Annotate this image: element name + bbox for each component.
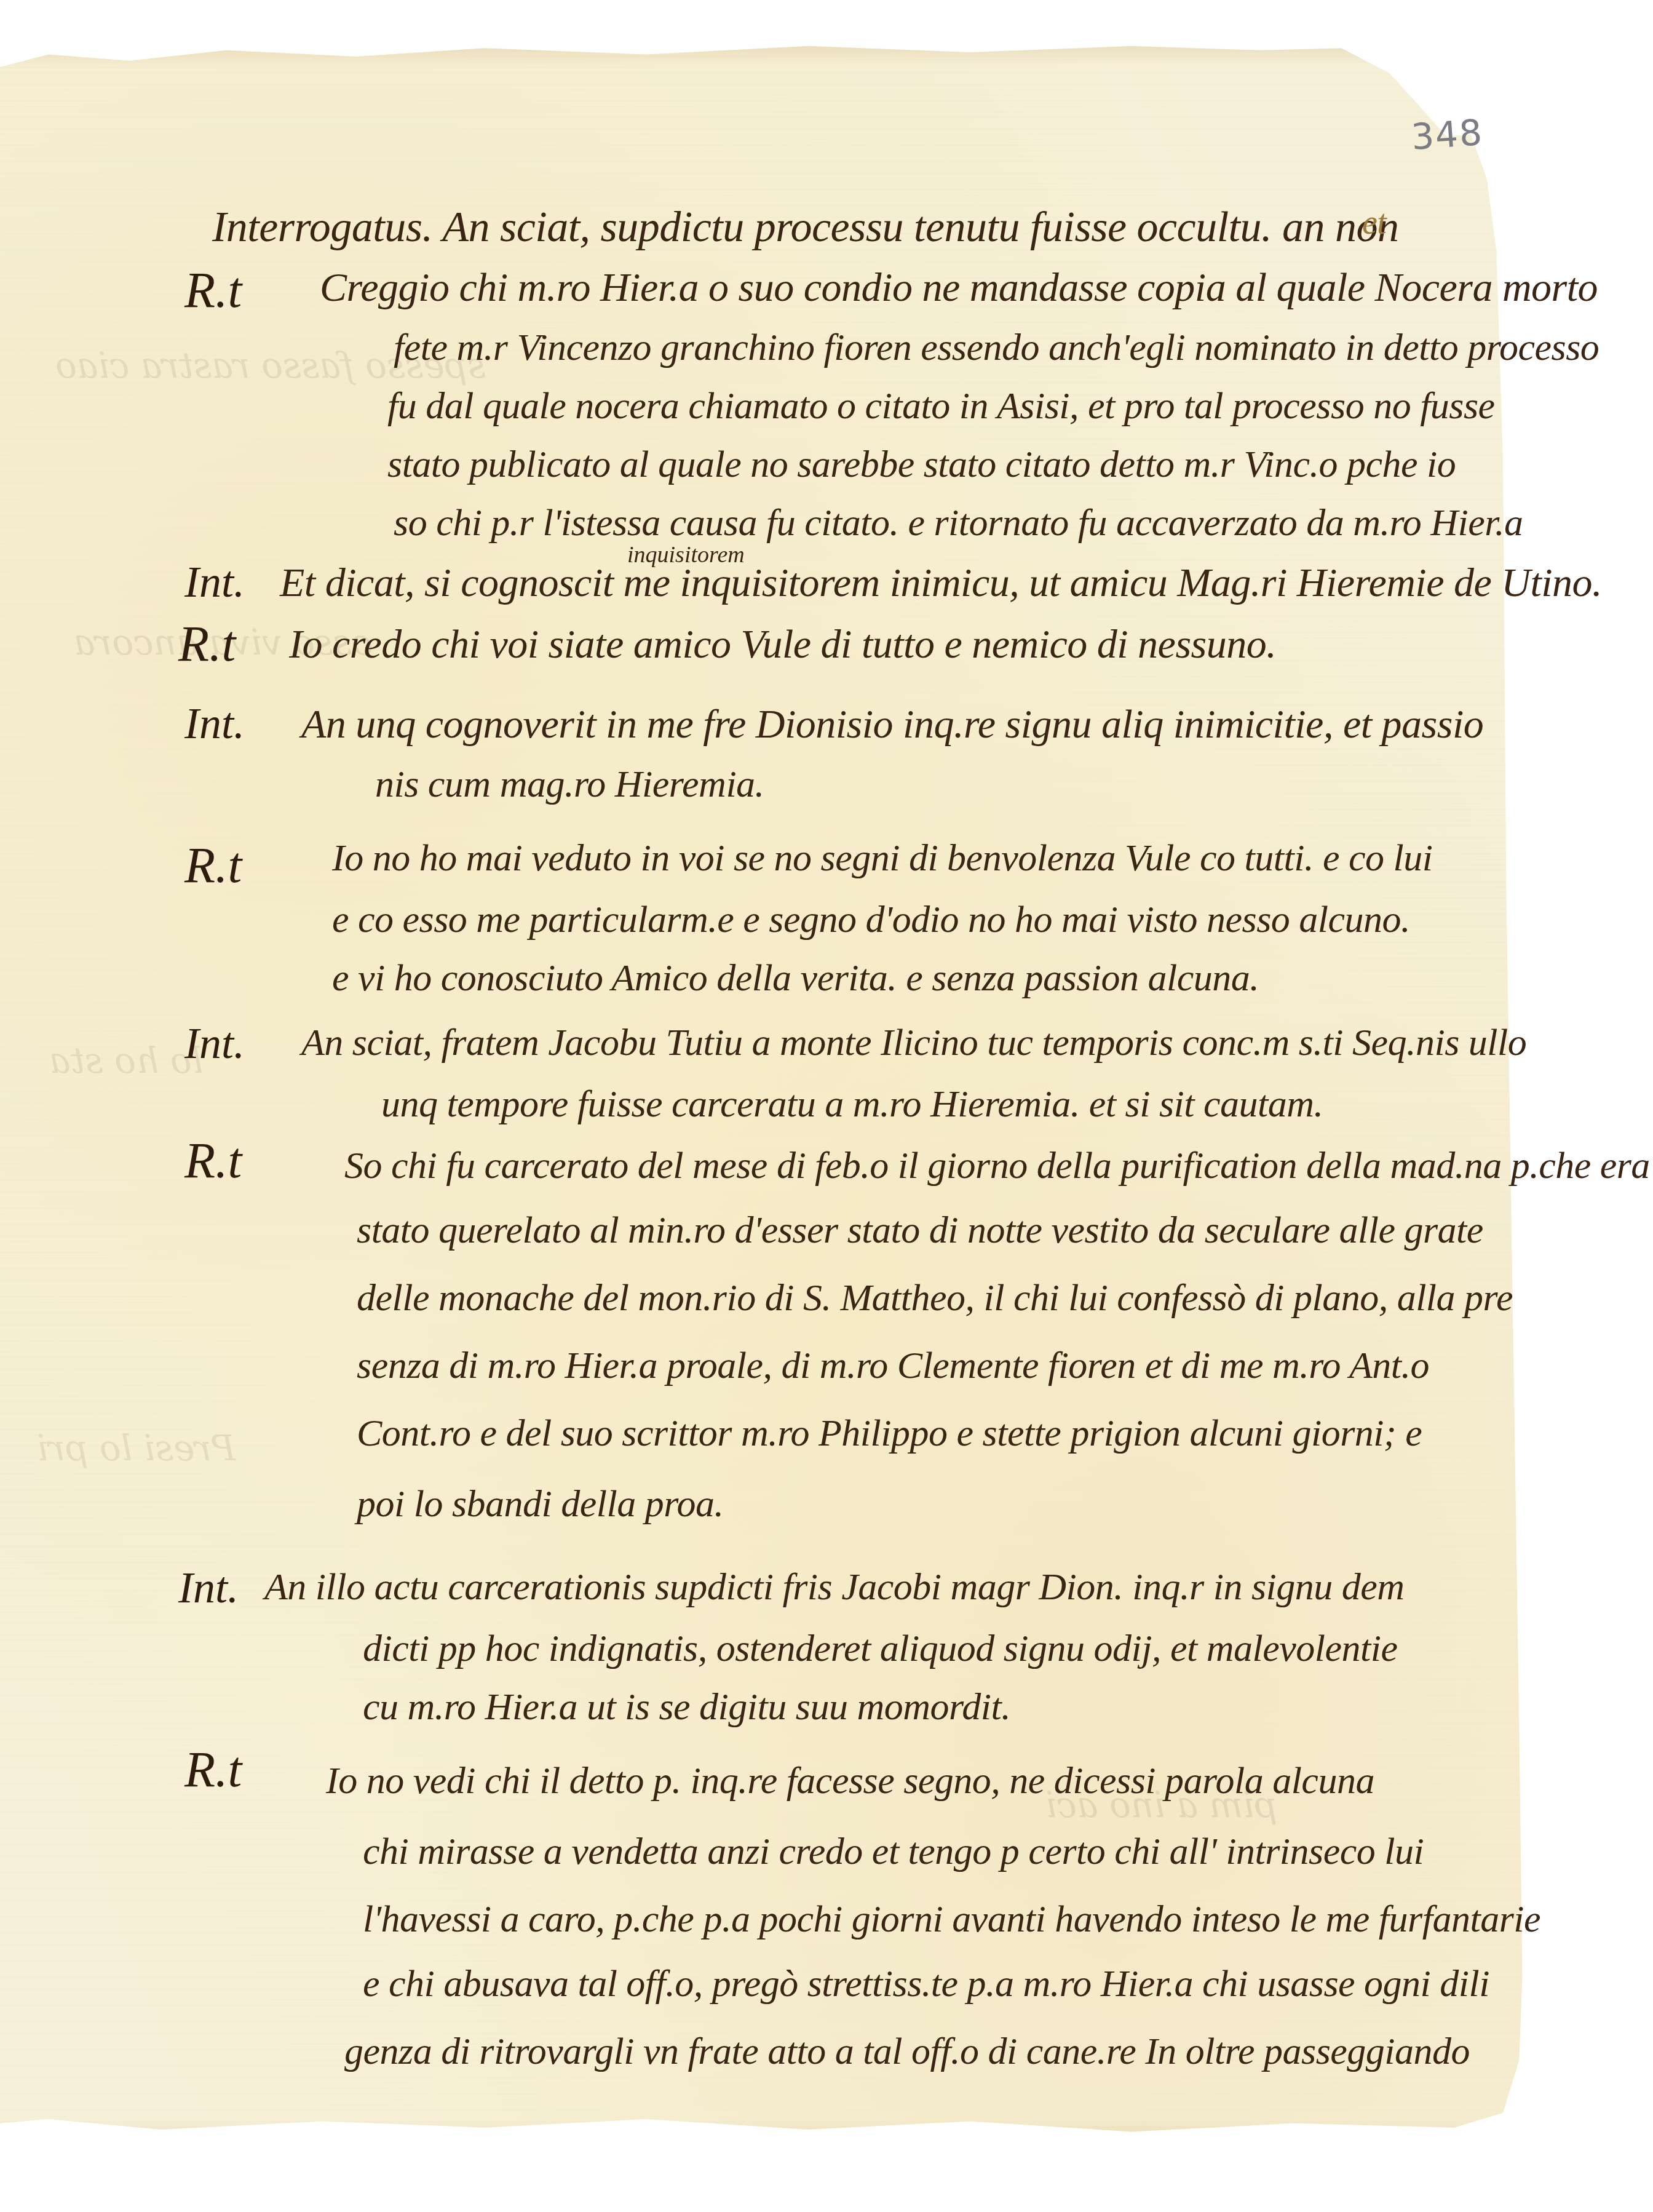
manuscript-line: l'havessi a caro, p.che p.a pochi giorni… [363, 1898, 1540, 1941]
manuscript-line: cu m.ro Hier.a ut is se digitu suu momor… [363, 1685, 1010, 1729]
manuscript-line: nis cum mag.ro Hieremia. [375, 763, 764, 806]
manuscript-line: fu dal quale nocera chiamato o citato in… [387, 384, 1495, 428]
manuscript-line: An unq cognoverit in me fre Dionisio inq… [301, 701, 1483, 748]
manuscript-line: genza di ritrovargli vn frate atto a tal… [344, 2030, 1470, 2074]
manuscript-line: Et dicat, si cognoscit me inquisitorem i… [280, 560, 1602, 607]
manuscript-line: chi mirasse a vendetta anzi credo et ten… [363, 1830, 1424, 1874]
manuscript-line: Interrogatus. An sciat, supdictu process… [212, 203, 1399, 252]
manuscript-line: e chi abusava tal off.o, pregò strettiss… [363, 1962, 1489, 2006]
margin-label-interrogatio: Int. [178, 1562, 239, 1613]
manuscript-line: Cont.ro e del suo scrittor m.ro Philippo… [357, 1412, 1422, 1455]
manuscript-line: delle monache del mon.rio di S. Mattheo,… [357, 1276, 1513, 1320]
bottom-edge-stain [0, 2120, 1616, 2144]
margin-label-responsio: R.t [184, 837, 242, 894]
manuscript-line: Io no vedi chi il detto p. inq.re facess… [326, 1759, 1374, 1803]
manuscript-line: Io no ho mai veduto in voi se no segni d… [332, 837, 1432, 880]
margin-label-responsio: R.t [178, 615, 236, 673]
manuscript-line: Io credo chi voi siate amico Vule di tut… [289, 621, 1276, 668]
manuscript-line: e co esso me particularm.e e segno d'odi… [332, 898, 1410, 942]
manuscript-line: Creggio chi m.ro Hier.a o suo condio ne … [320, 265, 1598, 311]
manuscript-line: An illo actu carcerationis supdicti fris… [264, 1566, 1405, 1609]
manuscript-line: So chi fu carcerato del mese di feb.o il… [344, 1144, 1650, 1188]
manuscript-line: stato publicato al quale no sarebbe stat… [387, 443, 1456, 487]
top-edge-stain [0, 42, 1616, 66]
manuscript-line: poi lo sbandi della proa. [357, 1482, 724, 1526]
margin-label-interrogatio: Int. [184, 698, 245, 749]
margin-label-responsio: R.t [184, 1132, 242, 1190]
manuscript-line: dicti pp hoc indignatis, ostenderet aliq… [363, 1627, 1397, 1671]
manuscript-line: stato querelato al min.ro d'esser stato … [357, 1209, 1483, 1252]
margin-label-responsio: R.t [184, 261, 242, 319]
manuscript-line-addition: et [1362, 203, 1386, 242]
margin-label-interrogatio: Int. [184, 557, 245, 608]
manuscript-line: e vi ho conosciuto Amico della verita. e… [332, 957, 1259, 1000]
manuscript-line: unq tempore fuisse carceratu a m.ro Hier… [381, 1083, 1323, 1126]
folio-number: 348 [1410, 111, 1485, 158]
bleed-through-text: Presi lo pri [37, 1427, 236, 1469]
manuscript-line: senza di m.ro Hier.a proale, di m.ro Cle… [357, 1344, 1429, 1388]
manuscript-line: An sciat, fratem Jacobu Tutiu a monte Il… [301, 1021, 1526, 1065]
margin-label-responsio: R.t [184, 1741, 242, 1799]
manuscript-line: so chi p.r l'istessa causa fu citato. e … [394, 501, 1523, 545]
manuscript-line: fete m.r Vincenzo granchino fioren essen… [394, 326, 1599, 370]
margin-label-interrogatio: Int. [184, 1018, 245, 1069]
bleed-through-text: lo ho sta [49, 1040, 203, 1081]
